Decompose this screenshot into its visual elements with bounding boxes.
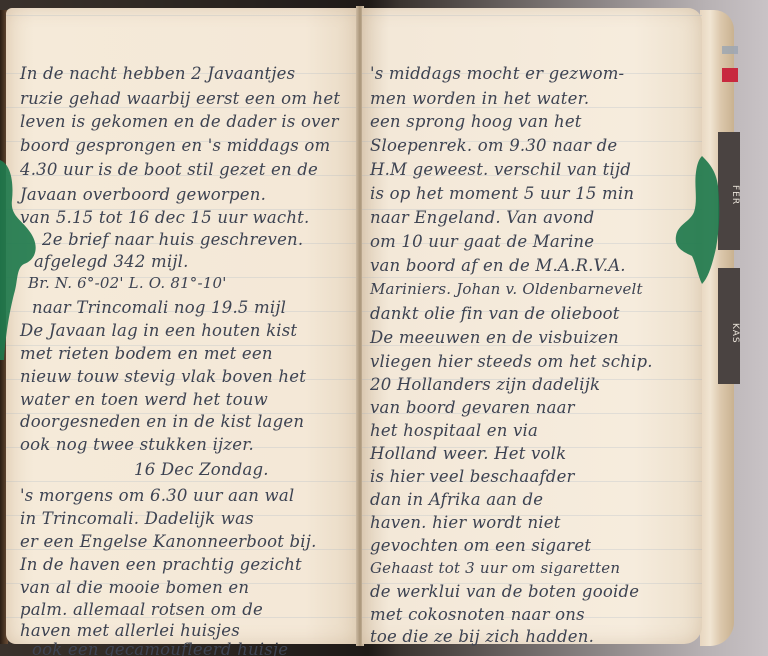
text-line: van boord gevaren naar <box>370 398 575 417</box>
blue-edge-stripe <box>722 46 738 54</box>
text-line: nieuw touw stevig vlak boven het <box>20 367 306 386</box>
text-line: ook nog twee stukken ijzer. <box>20 435 254 454</box>
text-line: van al die mooie bomen en <box>20 578 249 597</box>
text-line: Holland weer. Het volk <box>370 444 566 463</box>
text-line: 's middags mocht er gezwom- <box>370 64 624 83</box>
text-line: dan in Afrika aan de <box>370 490 543 509</box>
text-line: van 5.15 tot 16 dec 15 uur wacht. <box>20 208 309 227</box>
text-line: van boord af en de M.A.R.V.A. <box>370 256 626 275</box>
green-ink-blot-left <box>0 160 44 360</box>
coordinates-line: Br. N. 6°-02' L. O. 81°-10' <box>28 274 227 292</box>
text-line: leven is gekomen en de dader is over <box>20 112 339 131</box>
text-line: het hospitaal en via <box>370 421 538 440</box>
text-line: er een Engelse Kanonneerboot bij. <box>20 532 317 551</box>
text-line: ook een gecamoufleerd huisje <box>32 640 288 656</box>
text-line: is hier veel beschaafder <box>370 467 575 486</box>
text-line: De Javaan lag in een houten kist <box>20 321 297 340</box>
text-line: een sprong hoog van het <box>370 112 582 131</box>
text-line: water en toen werd het touw <box>20 390 268 409</box>
text-line: palm. allemaal rotsen om de <box>20 600 263 619</box>
text-line: doorgesneden en in de kist lagen <box>20 412 304 431</box>
text-line: afgelegd 342 mijl. <box>34 252 189 271</box>
text-line: In de nacht hebben 2 Javaantjes <box>20 64 295 83</box>
text-line: Javaan overboord geworpen. <box>20 185 266 204</box>
date-heading: 16 Dec Zondag. <box>134 460 269 479</box>
text-line: haven. hier wordt niet <box>370 513 561 532</box>
text-line: met rieten bodem en met een <box>20 344 273 363</box>
text-line: toe die ze bij zich hadden. <box>370 627 594 646</box>
text-line: boord gesprongen en 's middags om <box>20 136 330 155</box>
text-line: de werklui van de boten gooide <box>370 582 639 601</box>
text-line: gevochten om een sigaret <box>370 536 591 555</box>
text-line: ruzie gehad waarbij eerst een om het <box>20 89 340 108</box>
index-tab-label: KAS <box>730 323 740 344</box>
text-line: men worden in het water. <box>370 89 589 108</box>
text-line: om 10 uur gaat de Marine <box>370 232 594 251</box>
text-line: H.M geweest. verschil van tijd <box>370 160 631 179</box>
left-page: In de nacht hebben 2 Javaantjes ruzie ge… <box>6 8 358 644</box>
text-line: 20 Hollanders zijn dadelijk <box>370 375 600 394</box>
text-line: Sloepenrek. om 9.30 naar de <box>370 136 617 155</box>
text-line: De meeuwen en de visbuizen <box>370 328 619 347</box>
text-line: Gehaast tot 3 uur om sigaretten <box>370 559 620 577</box>
index-tab-label: FER <box>730 185 740 205</box>
text-line: naar Engeland. Van avond <box>370 208 594 227</box>
red-edge-stripe <box>722 68 738 82</box>
text-line: 4.30 uur is de boot stil gezet en de <box>20 160 318 179</box>
text-line: dankt olie fin van de olieboot <box>370 304 620 323</box>
text-line: is op het moment 5 uur 15 min <box>370 184 634 203</box>
green-ink-blot-right <box>672 156 722 286</box>
right-page: 's middags mocht er gezwom- men worden i… <box>362 8 702 644</box>
open-notebook: FER KAS In de nacht hebben 2 Javaantjes … <box>0 0 768 656</box>
text-line: met cokosnoten naar ons <box>370 605 585 624</box>
text-line: naar Trincomali nog 19.5 mijl <box>32 298 286 317</box>
text-line: In de haven een prachtig gezicht <box>20 555 302 574</box>
text-line: haven met allerlei huisjes <box>20 621 240 640</box>
text-line: 2e brief naar huis geschreven. <box>42 230 303 249</box>
text-line: vliegen hier steeds om het schip. <box>370 352 653 371</box>
text-line: in Trincomali. Dadelijk was <box>20 509 254 528</box>
text-line: 's morgens om 6.30 uur aan wal <box>20 486 294 505</box>
text-line: Mariniers. Johan v. Oldenbarnevelt <box>370 280 643 298</box>
